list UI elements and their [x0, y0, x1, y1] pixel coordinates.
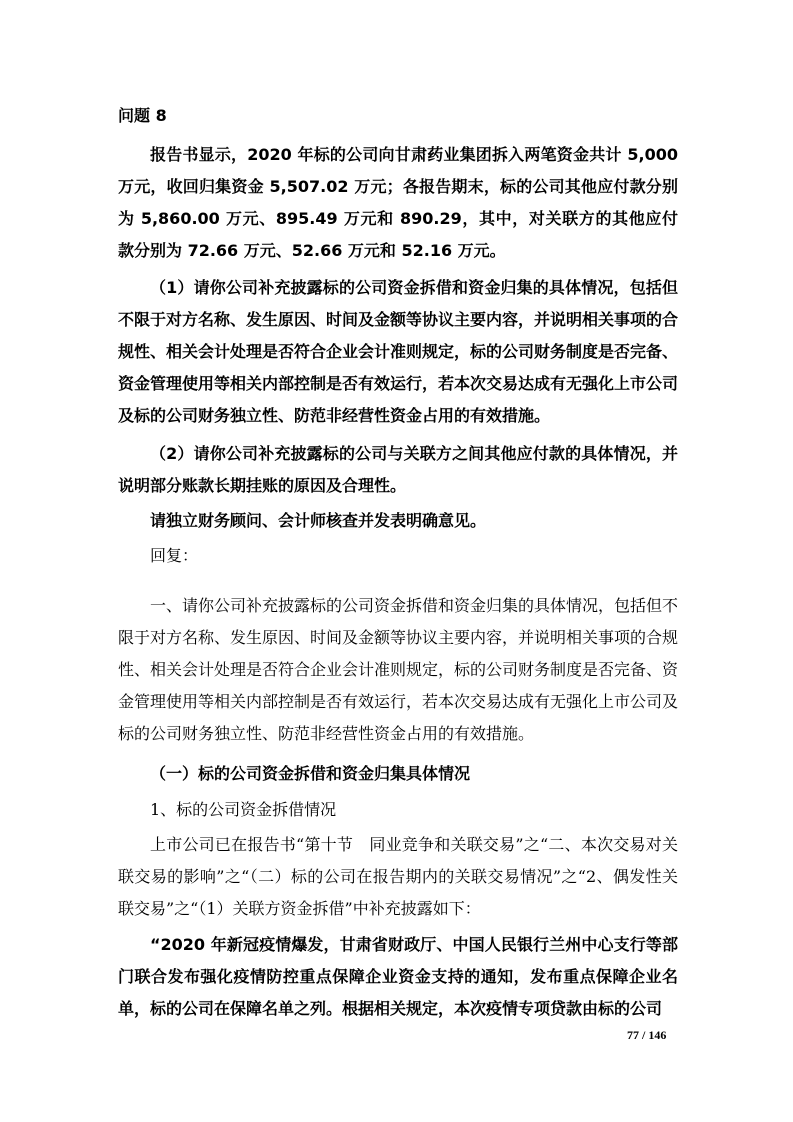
question-item-2: （2）请你公司补充披露标的公司与关联方之间其他应付款的具体情况，并说明部分账款长…	[118, 438, 678, 502]
document-page: 问题 8 报告书显示，2020 年标的公司向甘肃药业集团拆入两笔资金共计 5,0…	[0, 0, 793, 1122]
reply-label: 回复：	[118, 540, 678, 572]
question-intro: 报告书显示，2020 年标的公司向甘肃药业集团拆入两笔资金共计 5,000 万元…	[118, 139, 678, 267]
quoted-disclosure: “2020 年新冠疫情爆发，甘肃省财政厅、中国人民银行兰州中心支行等部门联合发布…	[118, 929, 678, 1025]
verification-request: 请独立财务顾问、会计师核查并发表明确意见。	[118, 505, 678, 537]
body-paragraph-1: 上市公司已在报告书“第十节 同业竞争和关联交易”之“二、本次交易对关联交易的影响…	[118, 829, 678, 925]
question-title: 问题 8	[118, 103, 167, 126]
subsection-1-title: 1、标的公司资金拆借情况	[118, 794, 678, 826]
question-item-1: （1）请你公司补充披露标的公司资金拆借和资金归集的具体情况，包括但不限于对方名称…	[118, 272, 678, 432]
answer-1-heading: 一、请你公司补充披露标的公司资金拆借和资金归集的具体情况，包括但不限于对方名称、…	[118, 590, 678, 750]
section-1-title: （一）标的公司资金拆借和资金归集具体情况	[118, 758, 678, 790]
page-number: 77 / 146	[627, 1028, 666, 1043]
